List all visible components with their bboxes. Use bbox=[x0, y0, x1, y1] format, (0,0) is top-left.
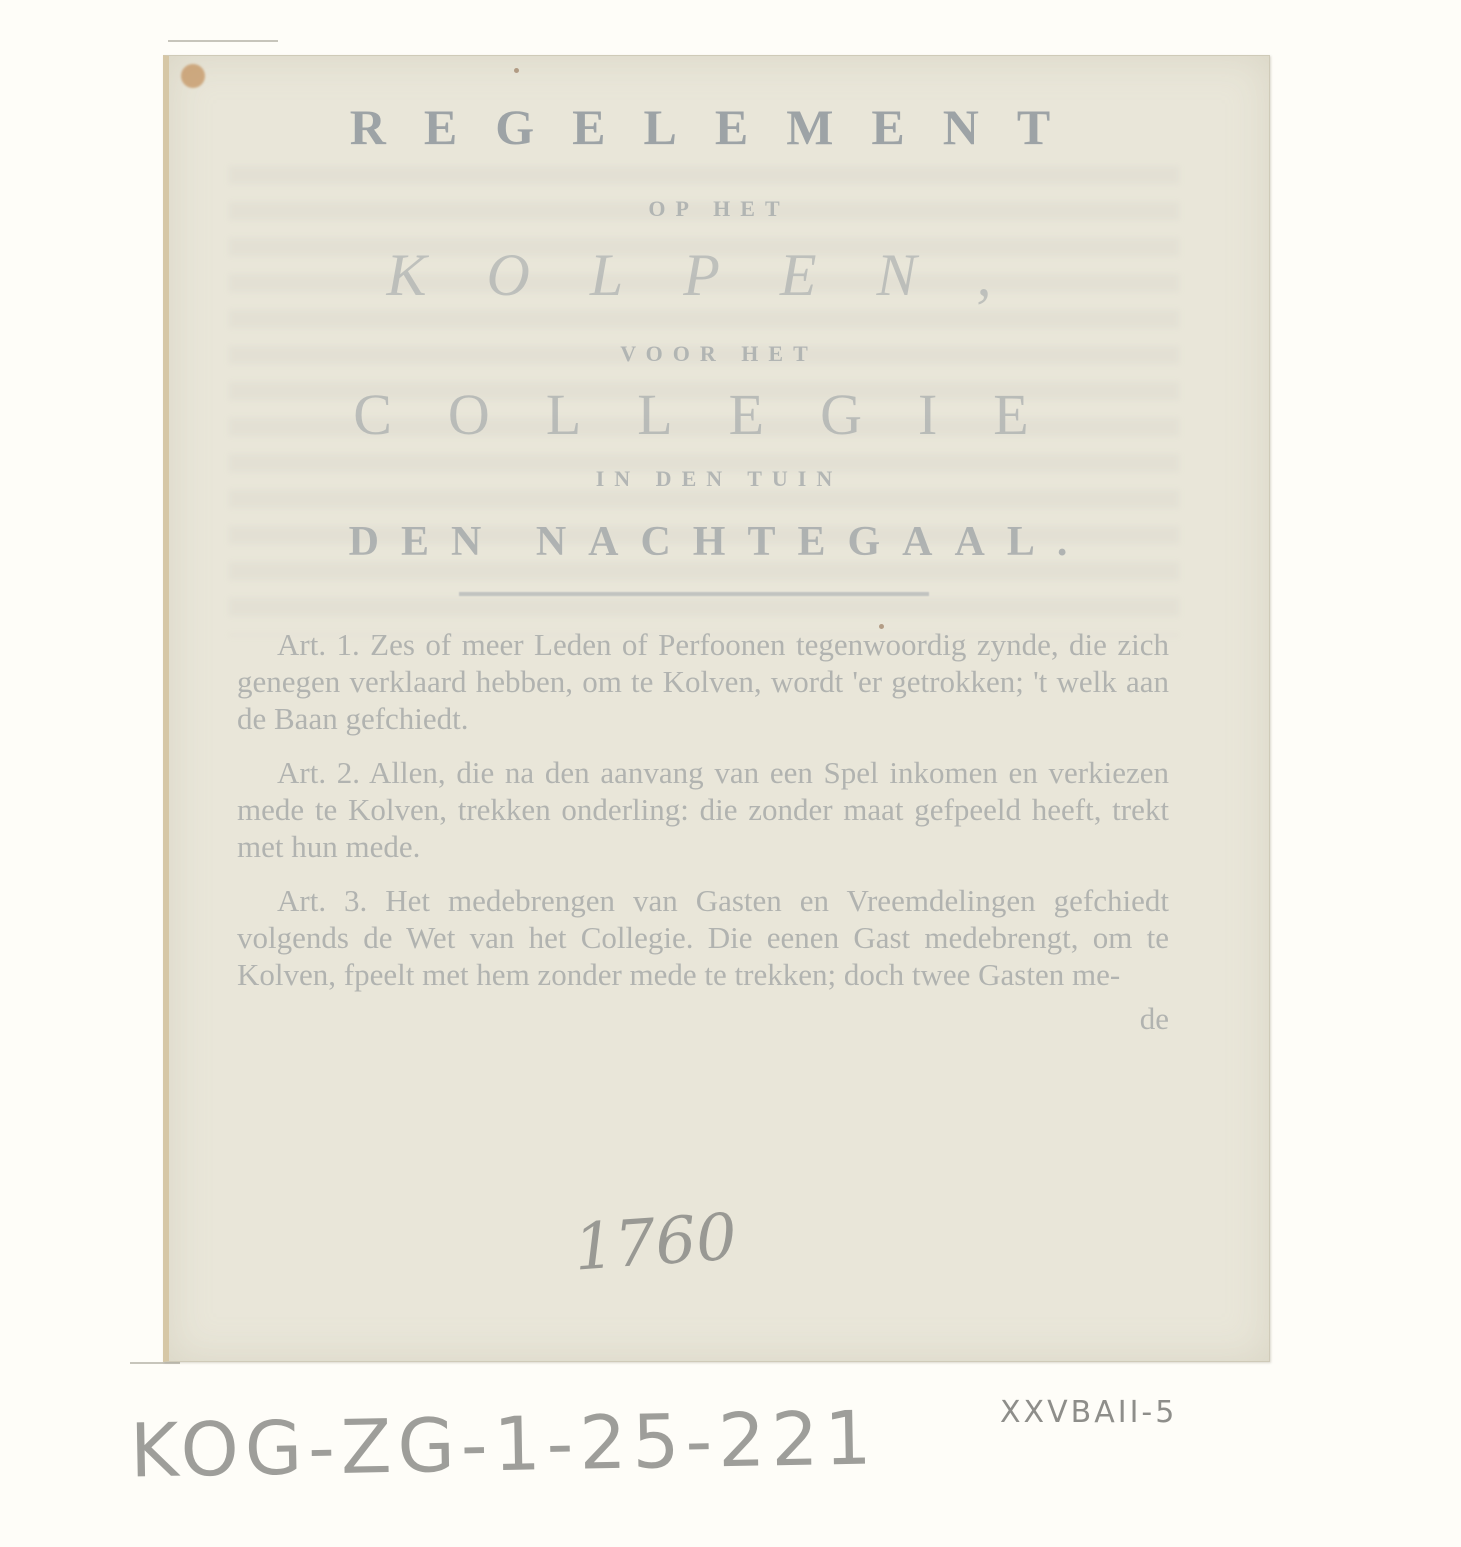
title-kolpen: KOLPEN, bbox=[169, 241, 1269, 310]
foxing-dot bbox=[514, 68, 519, 73]
foxing-stain bbox=[181, 64, 205, 88]
title-op-het: OP HET bbox=[169, 196, 1269, 222]
ornamental-rule bbox=[459, 592, 929, 596]
document-sheet: REGELEMENT OP HET KOLPEN, VOOR HET COLLE… bbox=[163, 55, 1270, 1362]
mount-line-top bbox=[168, 40, 278, 42]
article-3: Art. 3. Het medebrengen van Gasten en Vr… bbox=[237, 882, 1169, 993]
title-den-nachtegaal: DEN NACHTEGAAL. bbox=[169, 518, 1269, 566]
catchword: de bbox=[237, 1000, 1169, 1037]
inventory-number: KOG-ZG-1-25-221 bbox=[129, 1395, 878, 1494]
mount-line-bottom bbox=[130, 1362, 180, 1364]
article-1: Art. 1. Zes of meer Leden of Perfoonen t… bbox=[237, 626, 1169, 737]
shelfmark-label: XXVBAII-5 bbox=[1000, 1395, 1177, 1430]
article-2: Art. 2. Allen, die na den aanvang van ee… bbox=[237, 754, 1169, 865]
title-collegie: COLLEGIE bbox=[169, 381, 1269, 448]
handwritten-year: 1760 bbox=[572, 1200, 740, 1285]
title-in-den-tuin: IN DEN TUIN bbox=[169, 466, 1269, 492]
articles-body: Art. 1. Zes of meer Leden of Perfoonen t… bbox=[237, 626, 1169, 1054]
title-regelement: REGELEMENT bbox=[169, 98, 1269, 156]
title-voor-het: VOOR HET bbox=[169, 341, 1269, 367]
